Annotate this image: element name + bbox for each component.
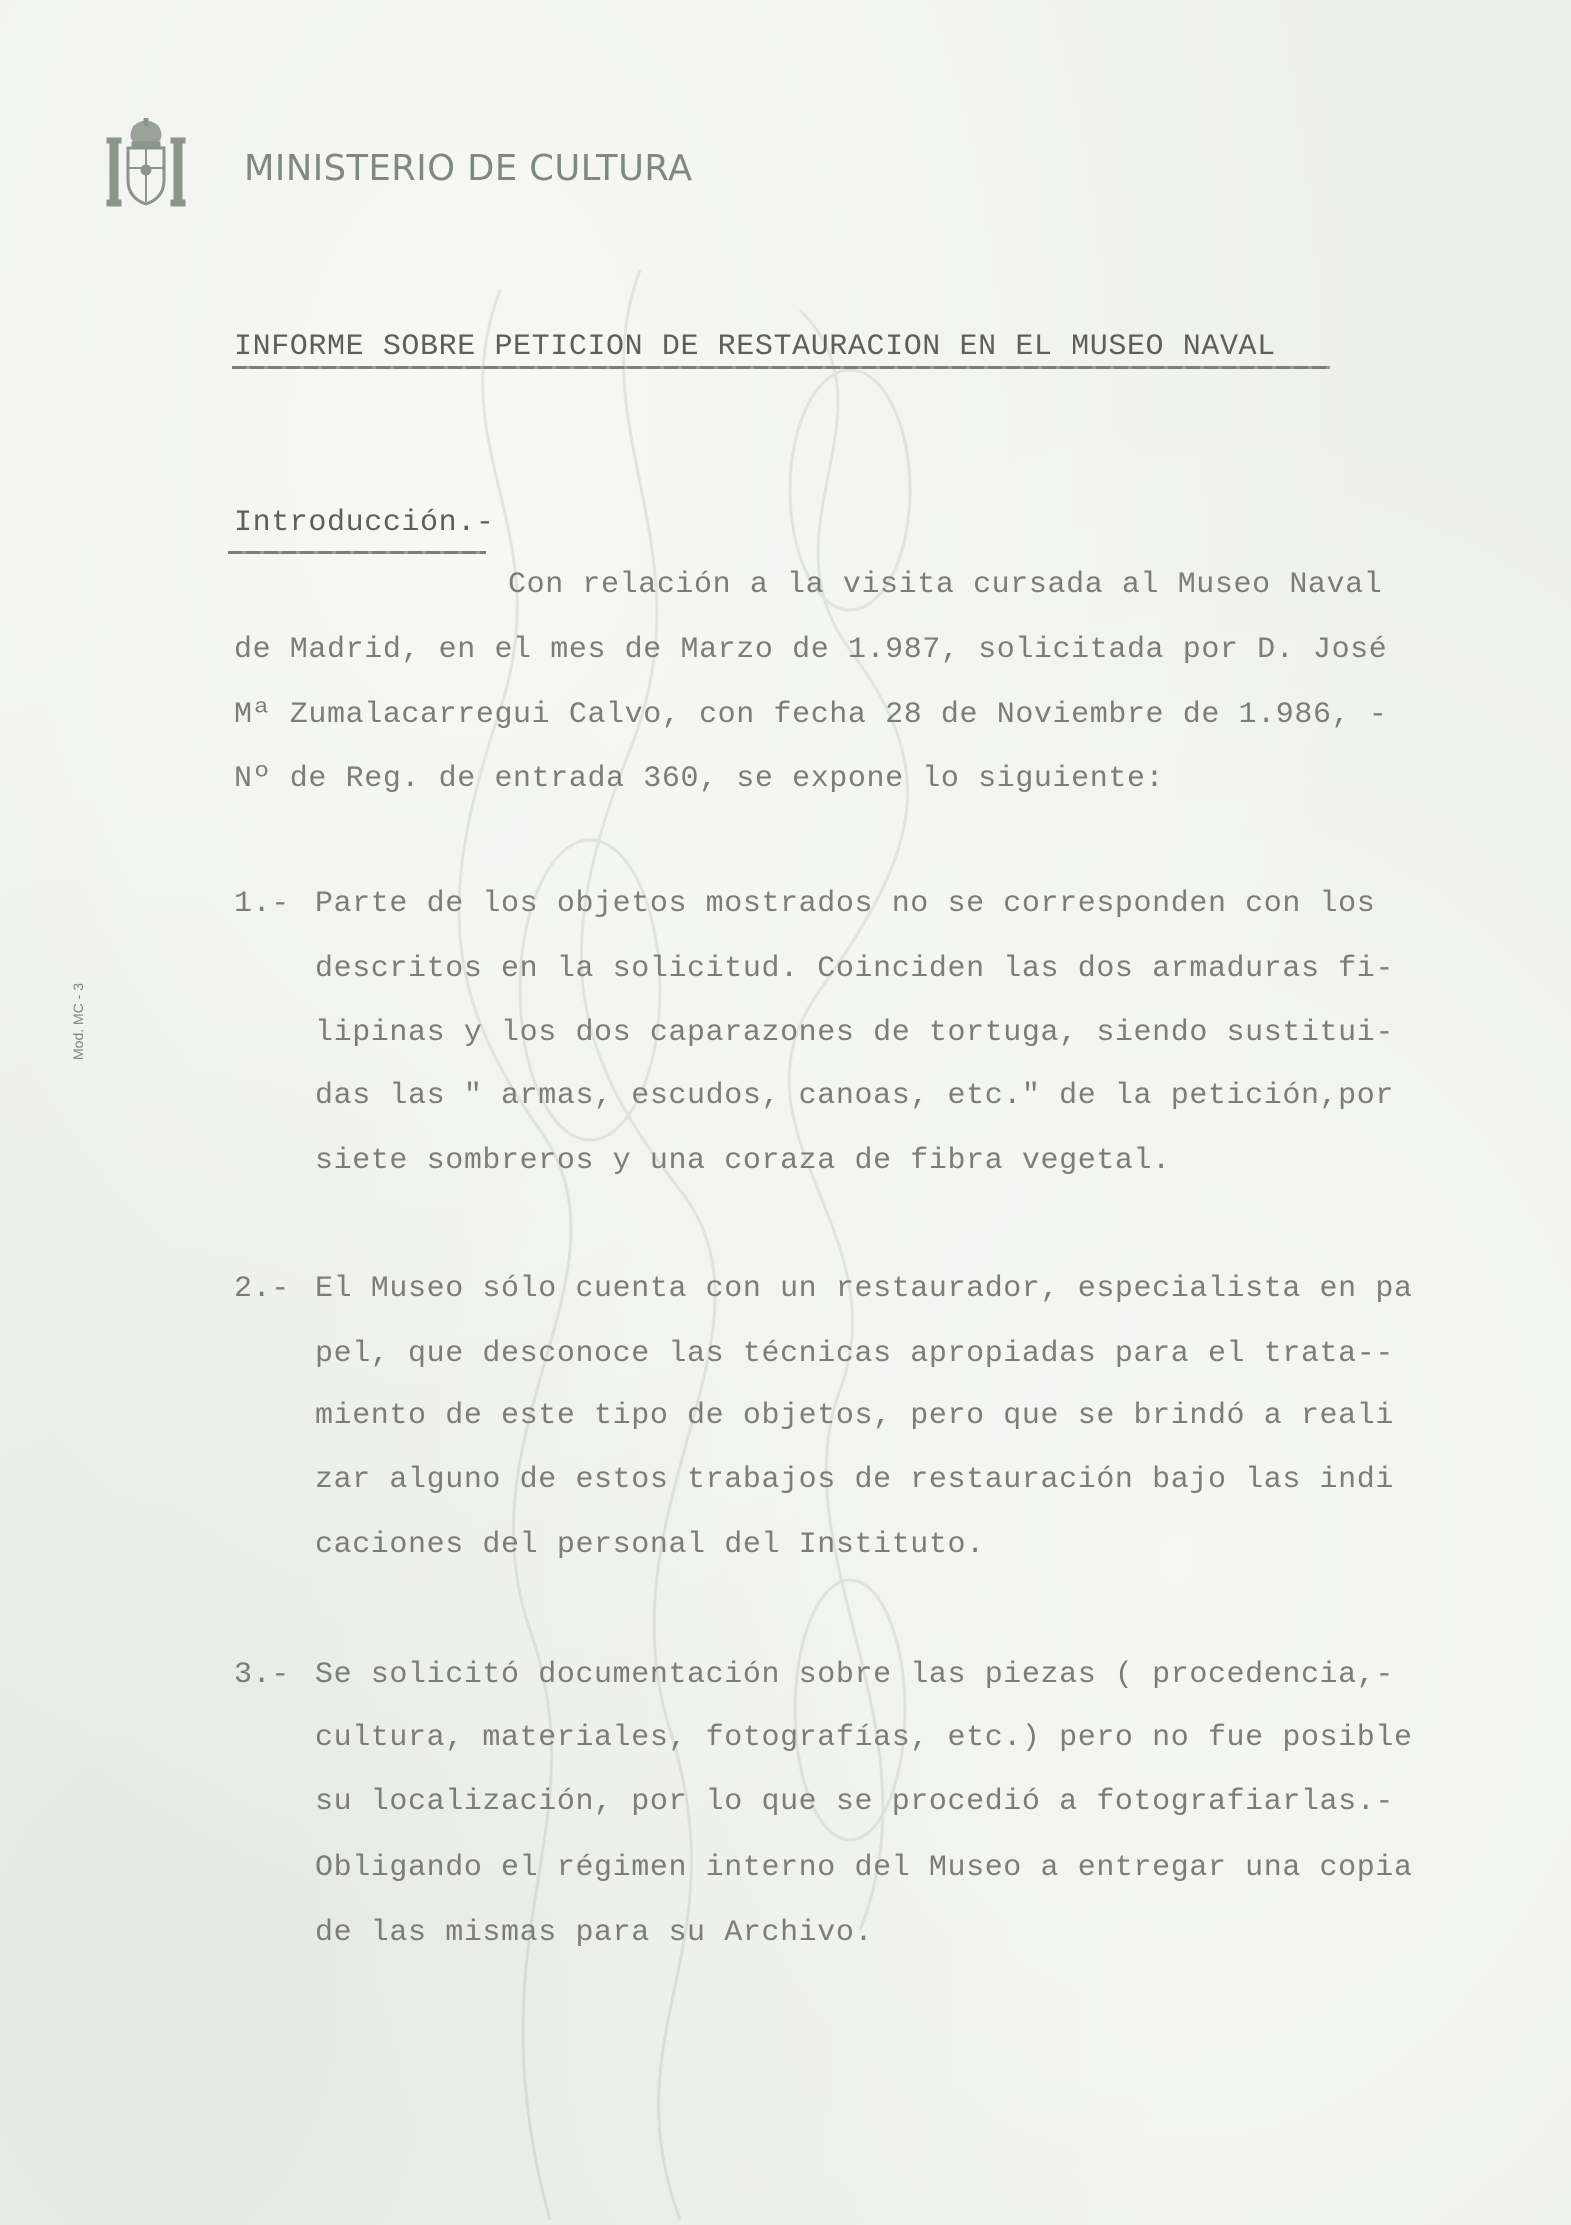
document-title: INFORME SOBRE PETICION DE RESTAURACION E… bbox=[234, 332, 1276, 362]
intro-line: Con relación a la visita cursada al Muse… bbox=[508, 570, 1382, 600]
item-line: cultura, materiales, fotografías, etc.) … bbox=[315, 1723, 1413, 1753]
item-line: caciones del personal del Instituto. bbox=[315, 1530, 985, 1560]
item-line: El Museo sólo cuenta con un restaurador,… bbox=[315, 1274, 1413, 1304]
item-line: pel, que desconoce las técnicas apropiad… bbox=[315, 1339, 1394, 1369]
item-line: das las " armas, escudos, canoas, etc." … bbox=[315, 1081, 1394, 1111]
intro-line: Nº de Reg. de entrada 360, se expone lo … bbox=[234, 764, 1164, 794]
ministry-name: MINISTERIO DE CULTURA bbox=[244, 148, 693, 189]
intro-line: de Madrid, en el mes de Marzo de 1.987, … bbox=[234, 635, 1387, 665]
section-heading: Introducción.- bbox=[234, 508, 494, 538]
item-line: descritos en la solicitud. Coinciden las… bbox=[315, 954, 1394, 984]
item-line: Parte de los objetos mostrados no se cor… bbox=[315, 889, 1375, 919]
heading-underline bbox=[228, 551, 486, 554]
item-line: su localización, por lo que se procedió … bbox=[315, 1787, 1394, 1817]
title-underline bbox=[232, 366, 1330, 369]
form-model-label: Mod. MC - 3 bbox=[70, 983, 86, 1060]
item-number: 1.- bbox=[234, 889, 290, 919]
document-page: MINISTERIO DE CULTURA Mod. MC - 3 INFORM… bbox=[0, 0, 1571, 2225]
item-line: Obligando el régimen interno del Museo a… bbox=[315, 1853, 1413, 1883]
item-line: de las mismas para su Archivo. bbox=[315, 1918, 873, 1948]
item-number: 3.- bbox=[234, 1660, 290, 1690]
item-line: zar alguno de estos trabajos de restaura… bbox=[315, 1465, 1394, 1495]
item-number: 2.- bbox=[234, 1274, 290, 1304]
item-line: siete sombreros y una coraza de fibra ve… bbox=[315, 1146, 1171, 1176]
item-line: miento de este tipo de objetos, pero que… bbox=[315, 1401, 1394, 1431]
spain-coat-of-arms-icon bbox=[104, 118, 188, 208]
item-line: Se solicitó documentación sobre las piez… bbox=[315, 1660, 1394, 1690]
item-line: lipinas y los dos caparazones de tortuga… bbox=[315, 1018, 1394, 1048]
intro-line: Mª Zumalacarregui Calvo, con fecha 28 de… bbox=[234, 700, 1387, 730]
